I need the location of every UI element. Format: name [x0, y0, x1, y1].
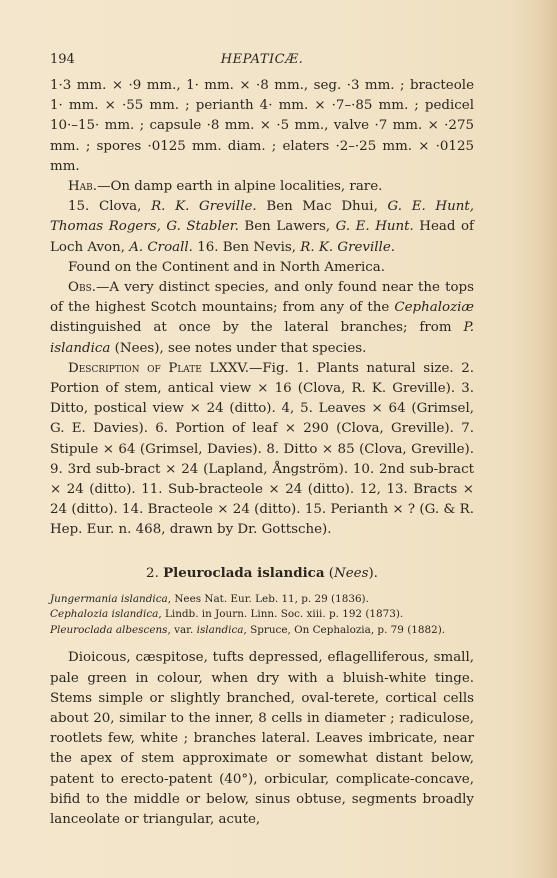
synonym-name: Pleuroclada albescens — [50, 624, 168, 636]
collector-name: R. K. Greville. — [300, 240, 395, 255]
localities-paragraph: 15. Clova, R. K. Greville. Ben Mac Dhui,… — [50, 197, 474, 258]
synonym-reference: , Spruce, On Cephalozia, p. 79 (1882). — [243, 624, 445, 636]
synonym-entry: Pleuroclada albescens, var. islandica, S… — [50, 623, 474, 639]
plate-description-paragraph: Description of Plate LXXV.—Fig. 1. Plant… — [50, 359, 474, 541]
hab-text: —On damp earth in alpine localities, rar… — [97, 179, 382, 194]
species-name: Pleuroclada islandica — [163, 565, 324, 581]
synonym-var: , var. — [168, 624, 197, 636]
synonym-reference: , Lindb. in Journ. Linn. Soc. xiii. p. 1… — [158, 608, 403, 620]
hab-label: Hab. — [68, 179, 97, 194]
synonym-entry: Cephalozia islandica, Lindb. in Journ. L… — [50, 607, 474, 623]
obs-text: (Nees), see notes under that species. — [110, 341, 366, 356]
synonym-variety-name: islandica — [197, 624, 244, 636]
page-body: 1·3 mm. × ·9 mm., 1· mm. × ·8 mm., seg. … — [50, 76, 474, 830]
synonym-name: Cephalozia islandica — [50, 608, 158, 620]
plate-text: —Fig. 1. Plants natural size. 2. Portion… — [50, 361, 474, 538]
collector-name: G. E. Hunt. — [336, 219, 414, 234]
locality-text: Ben Lawers, — [239, 219, 336, 234]
taxon-name: Cephaloziæ — [394, 300, 474, 315]
paren-close: ). — [368, 566, 377, 581]
locality-text: 16. Ben Nevis, — [193, 240, 300, 255]
locality-text: 15. Clova, — [68, 199, 151, 214]
paren-open: ( — [325, 566, 334, 581]
species-description: Dioicous, cæspitose, tufts depressed, ef… — [50, 648, 474, 830]
species-heading: 2. Pleuroclada islandica (Nees). — [50, 563, 474, 584]
observations-paragraph: Obs.—A very distinct species, and only f… — [50, 278, 474, 359]
synonym-name: Jungermania islandica — [50, 593, 168, 605]
synonymy-list: Jungermania islandica, Nees Nat. Eur. Le… — [50, 592, 474, 639]
collector-name: R. K. Greville. — [151, 199, 257, 214]
locality-text: Ben Mac Dhui, — [257, 199, 388, 214]
species-author: Nees — [334, 566, 368, 581]
obs-label: Obs. — [68, 280, 96, 295]
measurements-continuation: 1·3 mm. × ·9 mm., 1· mm. × ·8 mm., seg. … — [50, 76, 474, 177]
habitat-paragraph: Hab.—On damp earth in alpine localities,… — [50, 177, 474, 197]
collector-name: A. Croall. — [129, 240, 193, 255]
synonym-entry: Jungermania islandica, Nees Nat. Eur. Le… — [50, 592, 474, 608]
running-title: HEPATICÆ. — [50, 52, 474, 67]
distribution-paragraph: Found on the Continent and in North Amer… — [50, 258, 474, 278]
obs-text: distinguished at once by the lateral bra… — [50, 320, 463, 335]
species-number: 2. — [146, 566, 163, 581]
synonym-reference: , Nees Nat. Eur. Leb. 11, p. 29 (1836). — [168, 593, 369, 605]
plate-label: Description of Plate LXXV. — [68, 361, 249, 376]
